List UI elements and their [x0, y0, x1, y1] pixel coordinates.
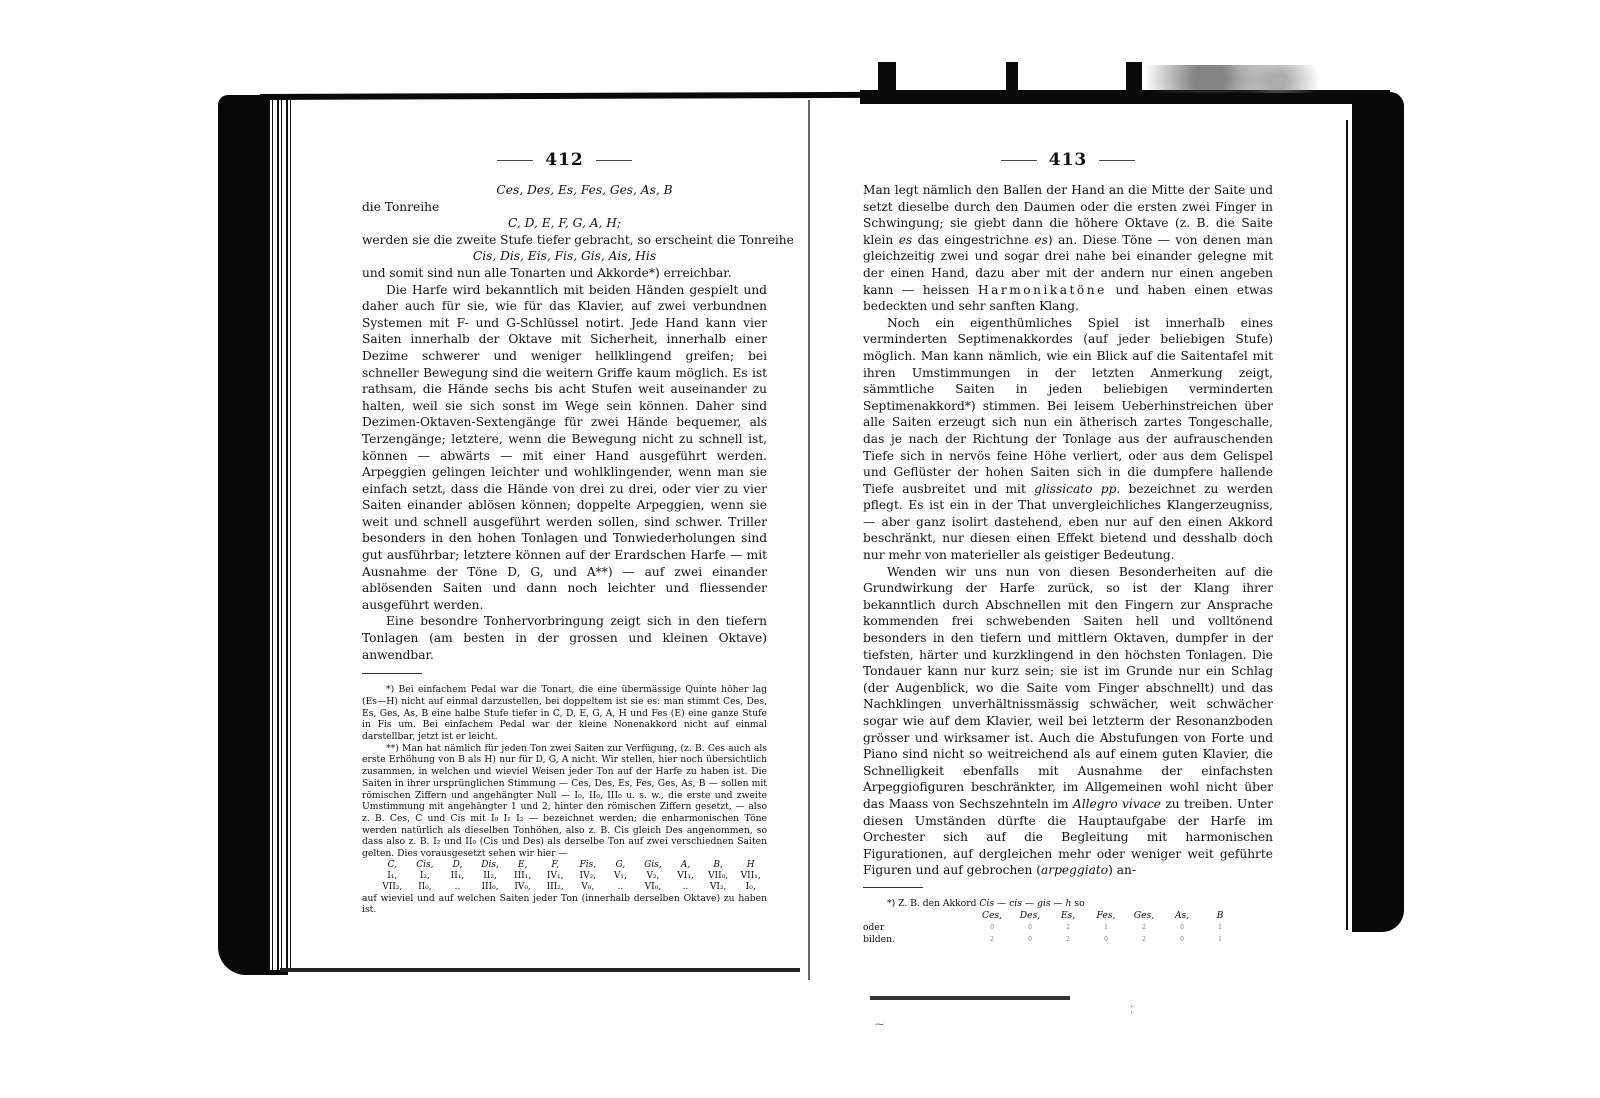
main-text: Man legt nämlich den Ballen der Hand an … — [863, 182, 1273, 879]
tone-row-natural: C, D, E, F, G, A, H; — [362, 215, 767, 232]
book-bottom-edge — [870, 996, 1070, 1000]
tuning-table: Ces,Des,Es,Fes,Ges,As,Boder0021201bilden… — [863, 910, 1273, 946]
folio-rule — [1001, 160, 1037, 161]
book-cover-right — [1352, 92, 1404, 932]
table-digit: 2 — [1049, 922, 1087, 934]
italic-term: Allegro vivace — [1073, 797, 1161, 811]
right-page: 413 Man legt nämlich den Ballen der Hand… — [863, 150, 1273, 946]
text-run: ) an- — [1108, 863, 1136, 877]
table-cell: II₂, — [474, 871, 507, 882]
footnote-end: auf wieviel und auf welchen Saiten jeder… — [362, 893, 767, 916]
footnote-1: *) Bei einfachem Pedal war die Tonart, d… — [362, 684, 767, 743]
table-digit: 2 — [1125, 934, 1163, 946]
text-line: werden sie die zweite Stufe tiefer gebra… — [362, 232, 767, 249]
table-digit: 1 — [1201, 922, 1239, 934]
table-note: B — [1201, 910, 1239, 922]
table-digit: 2 — [973, 934, 1011, 946]
italic-term: arpeggiato — [1041, 863, 1108, 877]
table-note: Fis, — [571, 860, 604, 871]
table-note: B, — [702, 860, 735, 871]
string-table-row-1: I₁,I₂,II₁,II₂,III₁,IV₁,IV₂,V₁,V₂,VI₁,VII… — [362, 871, 767, 882]
table-cell: III₁, — [506, 871, 539, 882]
page-number-header: 413 — [863, 150, 1273, 170]
row-label: bilden. — [863, 934, 973, 946]
table-cell: III₂, — [539, 882, 572, 893]
table-cell: .. — [441, 882, 474, 893]
left-page: 412 Ces, Des, Es, Fes, Ges, As, B die To… — [362, 150, 767, 916]
table-note: E, — [506, 860, 539, 871]
table-cell: V₂, — [637, 871, 670, 882]
table-digit: 0 — [1011, 922, 1049, 934]
page-stack-left — [268, 100, 294, 970]
table-cell: I₁, — [376, 871, 409, 882]
table-cell: VI₀, — [637, 882, 670, 893]
table-note: D, — [441, 860, 474, 871]
scan-marks: ⁚ — [1130, 1005, 1133, 1016]
table-note: F, — [539, 860, 572, 871]
folio-rule — [497, 160, 533, 161]
footnote-2: **) Man hat nämlich für jeden Ton zwei S… — [362, 743, 767, 860]
table-cell: II₀, — [409, 882, 442, 893]
footnote-rule — [362, 673, 422, 674]
text-run: Noch ein eigenthümliches Spiel ist inner… — [863, 316, 1273, 496]
book-gutter — [808, 100, 810, 980]
tone-row-sharp: Cis, Dis, Eis, Fis, Gis, Ais, His — [362, 248, 767, 265]
table-digit: 1 — [1087, 922, 1125, 934]
table-digit: 0 — [1163, 922, 1201, 934]
tone-row-flat: Ces, Des, Es, Fes, Ges, As, B — [362, 182, 767, 199]
main-text: Ces, Des, Es, Fes, Ges, As, B die Tonrei… — [362, 182, 767, 663]
table-cell: I₂, — [409, 871, 442, 882]
scan-marks: ⁓ — [875, 1020, 884, 1030]
table-note: Cis, — [409, 860, 442, 871]
footnote-intro-suffix: so — [1071, 898, 1084, 909]
paragraph: Wenden wir uns nun von diesen Besonderhe… — [863, 564, 1273, 879]
footnotes: *) Bei einfachem Pedal war die Tonart, d… — [362, 684, 767, 916]
page-number: 413 — [1049, 150, 1088, 170]
table-cell: VII₂, — [376, 882, 409, 893]
table-cell: I₀, — [734, 882, 767, 893]
text-run: das eingestrichne — [912, 233, 1034, 247]
table-cell: IV₂, — [571, 871, 604, 882]
footnote-intro: *) Z. B. den Akkord — [887, 898, 979, 909]
table-digit: 0 — [1011, 934, 1049, 946]
paragraph: Man legt nämlich den Ballen der Hand an … — [863, 182, 1273, 315]
table-note: C, — [376, 860, 409, 871]
table-cell: .. — [604, 882, 637, 893]
string-table-notes: C,Cis,D,Dis,E,F,Fis,G,Gis,A,B,H — [362, 860, 767, 871]
text-line: und somit sind nun alle Tonarten und Akk… — [362, 265, 767, 282]
table-note: Dis, — [474, 860, 507, 871]
table-note: Des, — [1011, 910, 1049, 922]
table-cell: V₁, — [604, 871, 637, 882]
paragraph: Noch ein eigenthümliches Spiel ist inner… — [863, 315, 1273, 564]
table-digit: 0 — [1163, 934, 1201, 946]
table-note: Es, — [1049, 910, 1087, 922]
table-digit: 2 — [1049, 934, 1087, 946]
table-digit: 2 — [1125, 922, 1163, 934]
string-table-row-2: VII₂,II₀,..III₀,IV₀,III₂,V₀,..VI₀,..VI₂,… — [362, 882, 767, 893]
table-note: Ges, — [1125, 910, 1163, 922]
bookmark-tab — [1006, 62, 1018, 96]
table-note: H — [734, 860, 767, 871]
footnote-chord: Cis — cis — gis — h — [979, 898, 1071, 909]
table-cell: IV₀, — [506, 882, 539, 893]
table-note: G, — [604, 860, 637, 871]
bookmark-tab — [878, 62, 896, 96]
table-note: A, — [669, 860, 702, 871]
table-cell: VI₂, — [702, 882, 735, 893]
table-cell: VII₁, — [734, 871, 767, 882]
table-cell: II₁, — [441, 871, 474, 882]
page-stack-right — [1346, 120, 1356, 930]
row-label: oder — [863, 922, 973, 934]
table-spacer — [863, 910, 973, 922]
page-number: 412 — [545, 150, 584, 170]
table-note: Fes, — [1087, 910, 1125, 922]
footnote-rule — [863, 887, 923, 888]
footnotes: *) Z. B. den Akkord Cis — cis — gis — h … — [863, 898, 1273, 946]
table-cell: VII₀, — [702, 871, 735, 882]
paragraph: Die Harfe wird bekanntlich mit beiden Hä… — [362, 282, 767, 614]
scan-noise — [1140, 65, 1370, 93]
table-cell: III₀, — [474, 882, 507, 893]
table-note: Ces, — [973, 910, 1011, 922]
table-digit: 1 — [1201, 934, 1239, 946]
tone-row-label: die Tonreihe — [362, 199, 767, 216]
table-digit: 0 — [1087, 934, 1125, 946]
table-cell: .. — [669, 882, 702, 893]
folio-rule — [1099, 160, 1135, 161]
text-run: Wenden wir uns nun von diesen Besonderhe… — [863, 565, 1273, 811]
table-cell: IV₁, — [539, 871, 572, 882]
table-note: As, — [1163, 910, 1201, 922]
footnote-1: *) Z. B. den Akkord Cis — cis — gis — h … — [863, 898, 1273, 910]
paragraph: Eine besondre Tonhervorbringung zeigt si… — [362, 613, 767, 663]
table-cell: V₀, — [571, 882, 604, 893]
table-cell: VI₁, — [669, 871, 702, 882]
table-digit: 0 — [973, 922, 1011, 934]
italic-term: es — [1034, 233, 1047, 247]
spaced-term: Harmonikatöne — [978, 283, 1107, 297]
italic-term: es — [899, 233, 912, 247]
folio-rule — [596, 160, 632, 161]
book-bottom-edge — [280, 968, 800, 972]
italic-term: glissicato pp. — [1034, 482, 1120, 496]
table-note: Gis, — [637, 860, 670, 871]
page-number-header: 412 — [362, 150, 767, 170]
